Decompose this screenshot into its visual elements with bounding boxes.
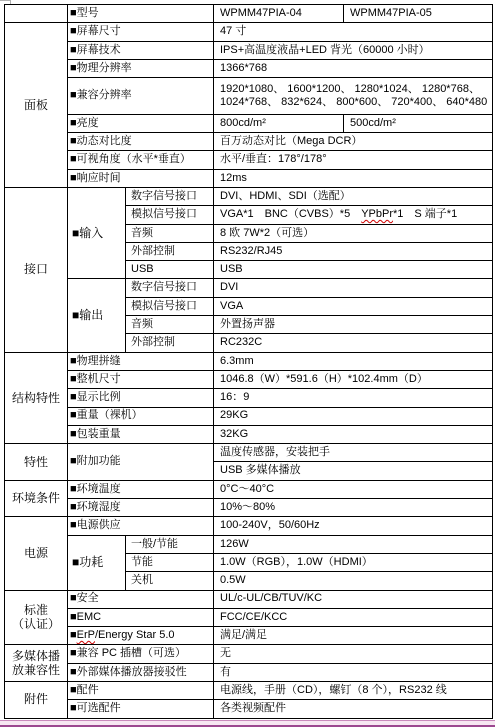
label-out-control: 外部控制	[126, 334, 214, 352]
value-weight: 29KG	[214, 407, 493, 425]
group-standard: 标准 （认证）	[5, 590, 68, 645]
value-viewing-angle: 水平/垂直：178°/178°	[214, 151, 493, 169]
row-brightness: ■亮度 800cd/m² 500cd/m²	[5, 114, 493, 132]
label-dimensions: ■整机尺寸	[68, 370, 214, 388]
row-env-humidity: ■环境湿度 10%～80%	[5, 499, 493, 517]
label-compat-res: ■兼容分辨率	[68, 78, 214, 115]
page-bottom-textbox-border	[0, 720, 495, 727]
value-env-humidity: 10%～80%	[214, 499, 493, 517]
value-extra-func-2: USB 多媒体播放	[214, 462, 493, 480]
label-env-humidity: ■环境湿度	[68, 499, 214, 517]
value-out-control: RC232C	[214, 334, 493, 352]
value-power-off: 0.5W	[214, 572, 493, 590]
label-bezel: ■物理拼缝	[68, 352, 214, 370]
value-screen-tech: IPS+高温度液晶+LED 背光（60000 小时）	[214, 41, 493, 59]
row-compat-res: ■兼容分辨率 1920*1080、 1600*1200、 1280*1024、 …	[5, 78, 493, 115]
group-io: 接口	[5, 187, 68, 352]
row-out-digital: ■输出 数字信号接口 DVI	[5, 279, 493, 297]
group-power: 电源	[5, 517, 68, 590]
row-env-temp: 环境条件 ■环境温度 0°C～40°C	[5, 480, 493, 498]
label-out-analog: 模拟信号接口	[126, 297, 214, 315]
compat-res-line2: 1024*768、 832*624、 800*600、 720*400、 640…	[220, 96, 490, 109]
erp-label-pre: ■	[70, 629, 77, 641]
value-extra-func-1: 温度传感器，安装把手	[214, 444, 493, 462]
label-accessories: ■配件	[68, 681, 214, 699]
label-model: ■型号	[68, 5, 214, 23]
value-dimensions: 1046.8（W）*591.6（H）*102.4mm（D）	[214, 370, 493, 388]
label-in-usb: USB	[126, 261, 214, 279]
row-emc: ■EMC FCC/CE/KCC	[5, 608, 493, 626]
label-in-analog: 模拟信号接口	[126, 206, 214, 224]
value-erp: 满足/满足	[214, 627, 493, 645]
label-power-normal: 一般/节能	[126, 535, 214, 553]
in-analog-spellcheck-word: YPbPr	[361, 208, 393, 220]
row-extra-func-1: 特性 ■附加功能 温度传感器，安装把手	[5, 444, 493, 462]
label-viewing-angle: ■可视角度（水平*垂直）	[68, 151, 214, 169]
label-pc-slot: ■兼容 PC 插槽（可选）	[68, 645, 214, 663]
subgroup-output: ■输出	[68, 279, 126, 352]
spec-sheet: ■型号 WPMM47PIA-04 WPMM47PIA-05 面板 ■屏幕尺寸 4…	[4, 4, 493, 719]
value-env-temp: 0°C～40°C	[214, 480, 493, 498]
label-ext-player: ■外部媒体播放器接驳性	[68, 663, 214, 681]
label-screen-size: ■屏幕尺寸	[68, 23, 214, 41]
row-in-digital: 接口 ■输入 数字信号接口 DVI、HDMI、SDI（选配）	[5, 187, 493, 205]
group-accessory: 附件	[5, 681, 68, 718]
label-brightness: ■亮度	[68, 114, 214, 132]
value-in-audio: 8 欧 7W*2（可选）	[214, 224, 493, 242]
row-screen-size: 面板 ■屏幕尺寸 47 寸	[5, 23, 493, 41]
value-model-05: WPMM47PIA-05	[344, 5, 493, 23]
row-safety: 标准 （认证） ■安全 UL/c-UL/CB/TUV/KC	[5, 590, 493, 608]
value-power-saving: 1.0W（RGB），1.0W（HDMI）	[214, 553, 493, 571]
subgroup-input: ■输入	[68, 187, 126, 278]
row-ext-player: ■外部媒体播放器接驳性 有	[5, 663, 493, 681]
value-out-analog: VGA	[214, 297, 493, 315]
row-pack-weight: ■包装重量 32KG	[5, 425, 493, 443]
in-analog-pre: VGA*1 BNC（CVBS）*5	[220, 208, 361, 220]
value-in-analog: VGA*1 BNC（CVBS）*5 YPbPr*1 S 端子*1	[214, 206, 493, 224]
value-pack-weight: 32KG	[214, 425, 493, 443]
label-out-digital: 数字信号接口	[126, 279, 214, 297]
group-empty	[5, 5, 68, 23]
row-accessories: 附件 ■配件 电源线，手册（CD），螺钉（8 个），RS232 线	[5, 681, 493, 699]
value-compat-res: 1920*1080、 1600*1200、 1280*1024、 1280*76…	[214, 78, 493, 115]
label-in-digital: 数字信号接口	[126, 187, 214, 205]
value-out-audio: 外置扬声器	[214, 316, 493, 334]
value-screen-size: 47 寸	[214, 23, 493, 41]
label-aspect: ■显示比例	[68, 389, 214, 407]
in-analog-post: *1 S 端子*1	[393, 208, 457, 220]
label-env-temp: ■环境温度	[68, 480, 214, 498]
row-power-supply: 电源 ■电源供应 100-240V，50/60Hz	[5, 517, 493, 535]
row-model: ■型号 WPMM47PIA-04 WPMM47PIA-05	[5, 5, 493, 23]
label-power-off: 关机	[126, 572, 214, 590]
label-in-control: 外部控制	[126, 242, 214, 260]
group-environment: 环境条件	[5, 480, 68, 517]
group-multimedia: 多媒体播 放兼容性	[5, 645, 68, 682]
label-screen-tech: ■屏幕技术	[68, 41, 214, 59]
row-response-time: ■响应时间 12ms	[5, 169, 493, 187]
value-model-04: WPMM47PIA-04	[214, 5, 344, 23]
value-pc-slot: 无	[214, 645, 493, 663]
value-native-res: 1366*768	[214, 59, 493, 77]
row-power-normal: ■功耗 一般/节能 126W	[5, 535, 493, 553]
row-erp: ■ErP/Energy Star 5.0 满足/满足	[5, 627, 493, 645]
value-power-supply: 100-240V，50/60Hz	[214, 517, 493, 535]
value-aspect: 16：9	[214, 389, 493, 407]
row-aspect: ■显示比例 16：9	[5, 389, 493, 407]
row-weight: ■重量（裸机） 29KG	[5, 407, 493, 425]
value-brightness-04: 800cd/m²	[214, 114, 344, 132]
group-structure: 结构特性	[5, 352, 68, 443]
erp-spellcheck-word: ErP	[77, 629, 95, 641]
row-pc-slot: 多媒体播 放兼容性 ■兼容 PC 插槽（可选） 无	[5, 645, 493, 663]
row-screen-tech: ■屏幕技术 IPS+高温度液晶+LED 背光（60000 小时）	[5, 41, 493, 59]
value-safety: UL/c-UL/CB/TUV/KC	[214, 590, 493, 608]
value-response-time: 12ms	[214, 169, 493, 187]
label-power-saving: 节能	[126, 553, 214, 571]
label-pack-weight: ■包装重量	[68, 425, 214, 443]
label-in-audio: 音频	[126, 224, 214, 242]
label-response-time: ■响应时间	[68, 169, 214, 187]
label-emc: ■EMC	[68, 608, 214, 626]
value-power-normal: 126W	[214, 535, 493, 553]
row-native-res: ■物理分辨率 1366*768	[5, 59, 493, 77]
label-optional-acc: ■可选配件	[68, 700, 214, 718]
value-accessories: 电源线，手册（CD），螺钉（8 个），RS232 线	[214, 681, 493, 699]
label-safety: ■安全	[68, 590, 214, 608]
label-contrast: ■动态对比度	[68, 133, 214, 151]
compat-res-line1: 1920*1080、 1600*1200、 1280*1024、 1280*76…	[220, 83, 490, 96]
value-optional-acc: 各类视频配件	[214, 700, 493, 718]
row-contrast: ■动态对比度 百万动态对比（Mega DCR）	[5, 133, 493, 151]
value-bezel: 6.3mm	[214, 352, 493, 370]
row-bezel: 结构特性 ■物理拼缝 6.3mm	[5, 352, 493, 370]
label-extra-func: ■附加功能	[68, 444, 214, 481]
row-optional-acc: ■可选配件 各类视频配件	[5, 700, 493, 718]
value-brightness-05: 500cd/m²	[344, 114, 493, 132]
subgroup-consumption: ■功耗	[68, 535, 126, 590]
value-out-digital: DVI	[214, 279, 493, 297]
group-panel: 面板	[5, 23, 68, 188]
row-dimensions: ■整机尺寸 1046.8（W）*591.6（H）*102.4mm（D）	[5, 370, 493, 388]
label-native-res: ■物理分辨率	[68, 59, 214, 77]
label-weight: ■重量（裸机）	[68, 407, 214, 425]
value-in-control: RS232/RJ45	[214, 242, 493, 260]
value-ext-player: 有	[214, 663, 493, 681]
label-power-supply: ■电源供应	[68, 517, 214, 535]
label-erp: ■ErP/Energy Star 5.0	[68, 627, 214, 645]
value-in-digital: DVI、HDMI、SDI（选配）	[214, 187, 493, 205]
erp-label-post: /Energy Star 5.0	[95, 629, 175, 641]
spec-table: ■型号 WPMM47PIA-04 WPMM47PIA-05 面板 ■屏幕尺寸 4…	[4, 4, 493, 719]
value-emc: FCC/CE/KCC	[214, 608, 493, 626]
label-out-audio: 音频	[126, 316, 214, 334]
group-feature: 特性	[5, 444, 68, 481]
value-contrast: 百万动态对比（Mega DCR）	[214, 133, 493, 151]
value-in-usb: USB	[214, 261, 493, 279]
row-viewing-angle: ■可视角度（水平*垂直） 水平/垂直：178°/178°	[5, 151, 493, 169]
